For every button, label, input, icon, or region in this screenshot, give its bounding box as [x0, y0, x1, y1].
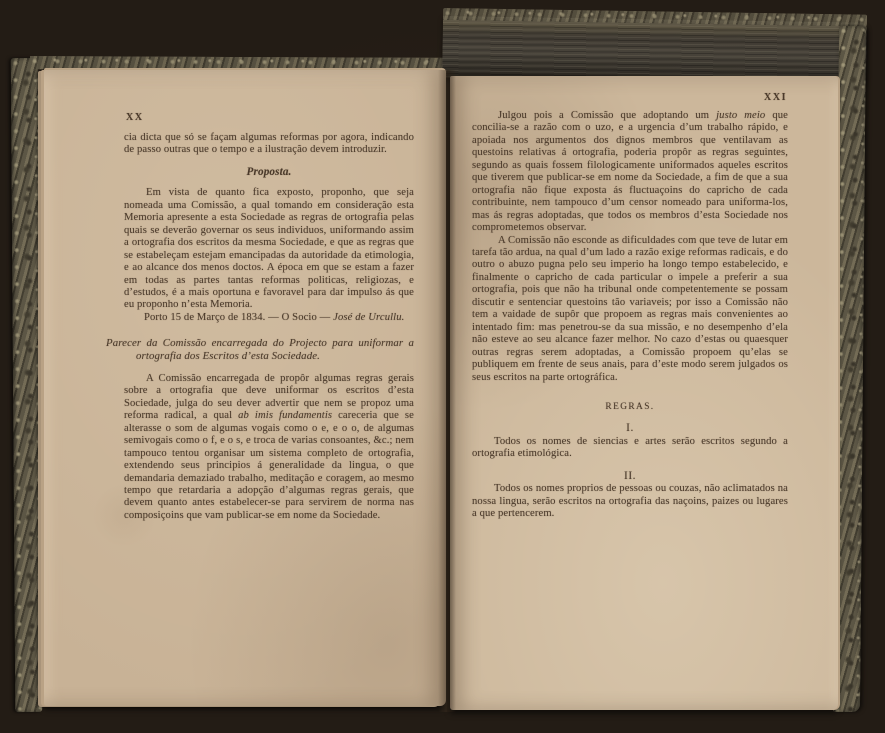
right-page: XXI Julgou pois a Comissão que adoptando… [450, 76, 838, 710]
rule-one-numeral: I. [472, 422, 788, 434]
signature-author-name: José de Urcullu. [333, 312, 404, 323]
heading-parecer: Parecer da Comissão encarregada do Proje… [106, 337, 414, 363]
gutter-shadow [438, 70, 456, 712]
paragraph-rule-one: Todos os nomes de siencias e artes serão… [472, 436, 788, 461]
right-page-text-column: Julgou pois a Comissão que adoptando um … [472, 110, 788, 521]
heading-proposta: Proposta. [124, 166, 414, 178]
left-page-top-marbled-edge [30, 56, 448, 71]
paragraph-difficulties: A Comissão não esconde as dificuldades c… [472, 235, 788, 384]
left-page: XX cia dicta que só se façam algumas ref… [44, 70, 446, 706]
paragraph-commission: A Comissão encarregada de propôr algumas… [124, 373, 414, 522]
paragraph-proposal: Em vista de quanto fica exposto, proponh… [124, 187, 414, 312]
paragraph-opening: Julgou pois a Comissão que adoptando um … [472, 110, 788, 235]
page-number-right: XXI [764, 92, 787, 104]
paragraph-signature: Porto 15 de Março de 1834. — O Socio — J… [124, 312, 414, 324]
paragraph-continuation: cia dicta que só se façam algumas reform… [124, 132, 414, 157]
rule-two-numeral: II. [472, 470, 788, 482]
page-number-left: XX [126, 112, 144, 124]
top-marbled-edge [443, 8, 867, 27]
book-top-page-edges [442, 16, 867, 85]
commission-latin-phrase: ab imis fundamentis [238, 410, 332, 421]
heading-regras: REGRAS. [472, 401, 788, 413]
paragraph-rule-two: Todos os nomes proprios de pessoas ou co… [472, 483, 788, 520]
opening-text-after: que concilia-se a razão com o uzo, e a u… [472, 110, 788, 233]
open-book-scan: XX cia dicta que só se façam algumas ref… [0, 0, 885, 733]
signature-place-date: Porto 15 de Março de 1834. — O Socio — [144, 312, 333, 323]
opening-text-before: Julgou pois a Comissão que adoptando um [498, 110, 716, 121]
marbled-cover-left-edge [11, 58, 43, 712]
opening-italic-phrase: justo meio [716, 110, 765, 121]
commission-text-after: careceria que se alterasse o som de algu… [124, 410, 414, 521]
left-page-text-column: cia dicta que só se façam algumas reform… [124, 132, 414, 522]
